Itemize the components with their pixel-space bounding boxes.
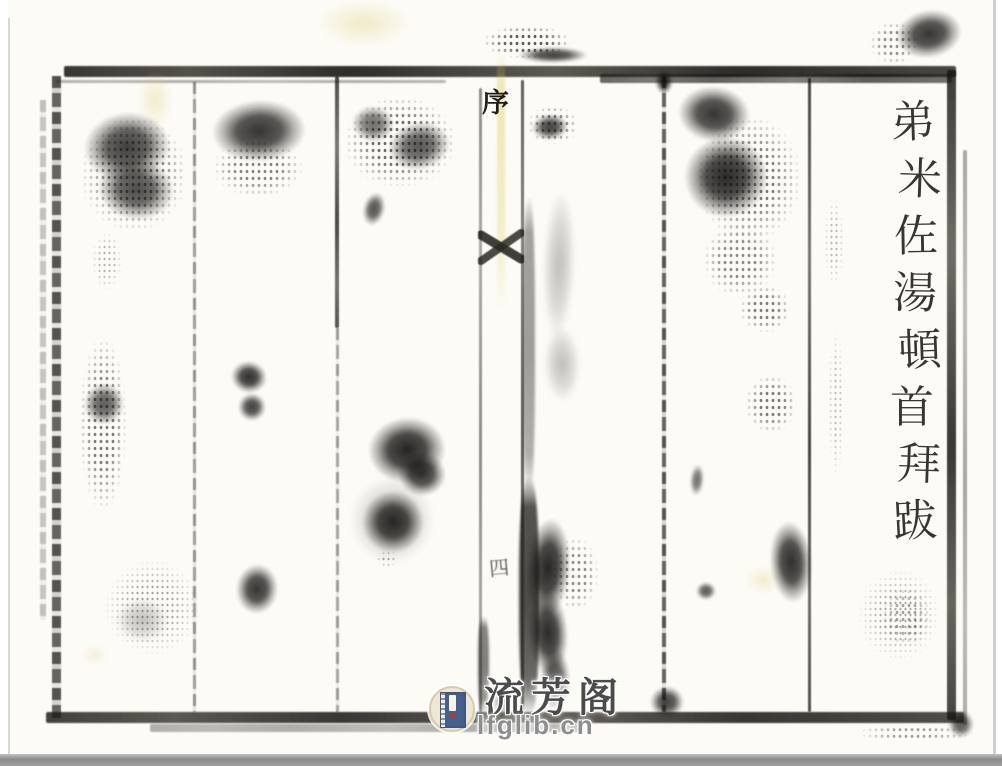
colophon-char: 湯: [893, 265, 938, 323]
colophon-char: 頓: [897, 321, 943, 380]
frame-line: [0, 754, 1002, 766]
spine-section-title: 序: [482, 81, 509, 120]
watermark-domain: lfglib.cn: [477, 712, 595, 738]
colophon-char: 首: [890, 379, 934, 436]
colophon-char: 佐: [894, 208, 939, 266]
colophon-char: 米: [897, 150, 943, 209]
colophon-char: 跋: [892, 492, 939, 551]
colophon-text: 弟米佐湯頓首拜跋: [886, 94, 946, 550]
book-icon: [440, 692, 466, 728]
fishtail-ornament-icon: [478, 226, 524, 268]
watermark-logo: [429, 686, 475, 732]
book-title-label: [449, 695, 456, 711]
spine-folio-number: 四: [488, 551, 510, 582]
book-seal-icon: [450, 713, 455, 718]
book-binding-stitches: [441, 693, 445, 727]
colophon-char: 拜: [896, 435, 942, 494]
scanned-book-page: 序 四 弟米佐湯頓首拜跋 流芳阁 lfglib.cn: [0, 0, 1002, 766]
frame-line: [993, 0, 996, 766]
colophon-char: 弟: [890, 93, 936, 152]
